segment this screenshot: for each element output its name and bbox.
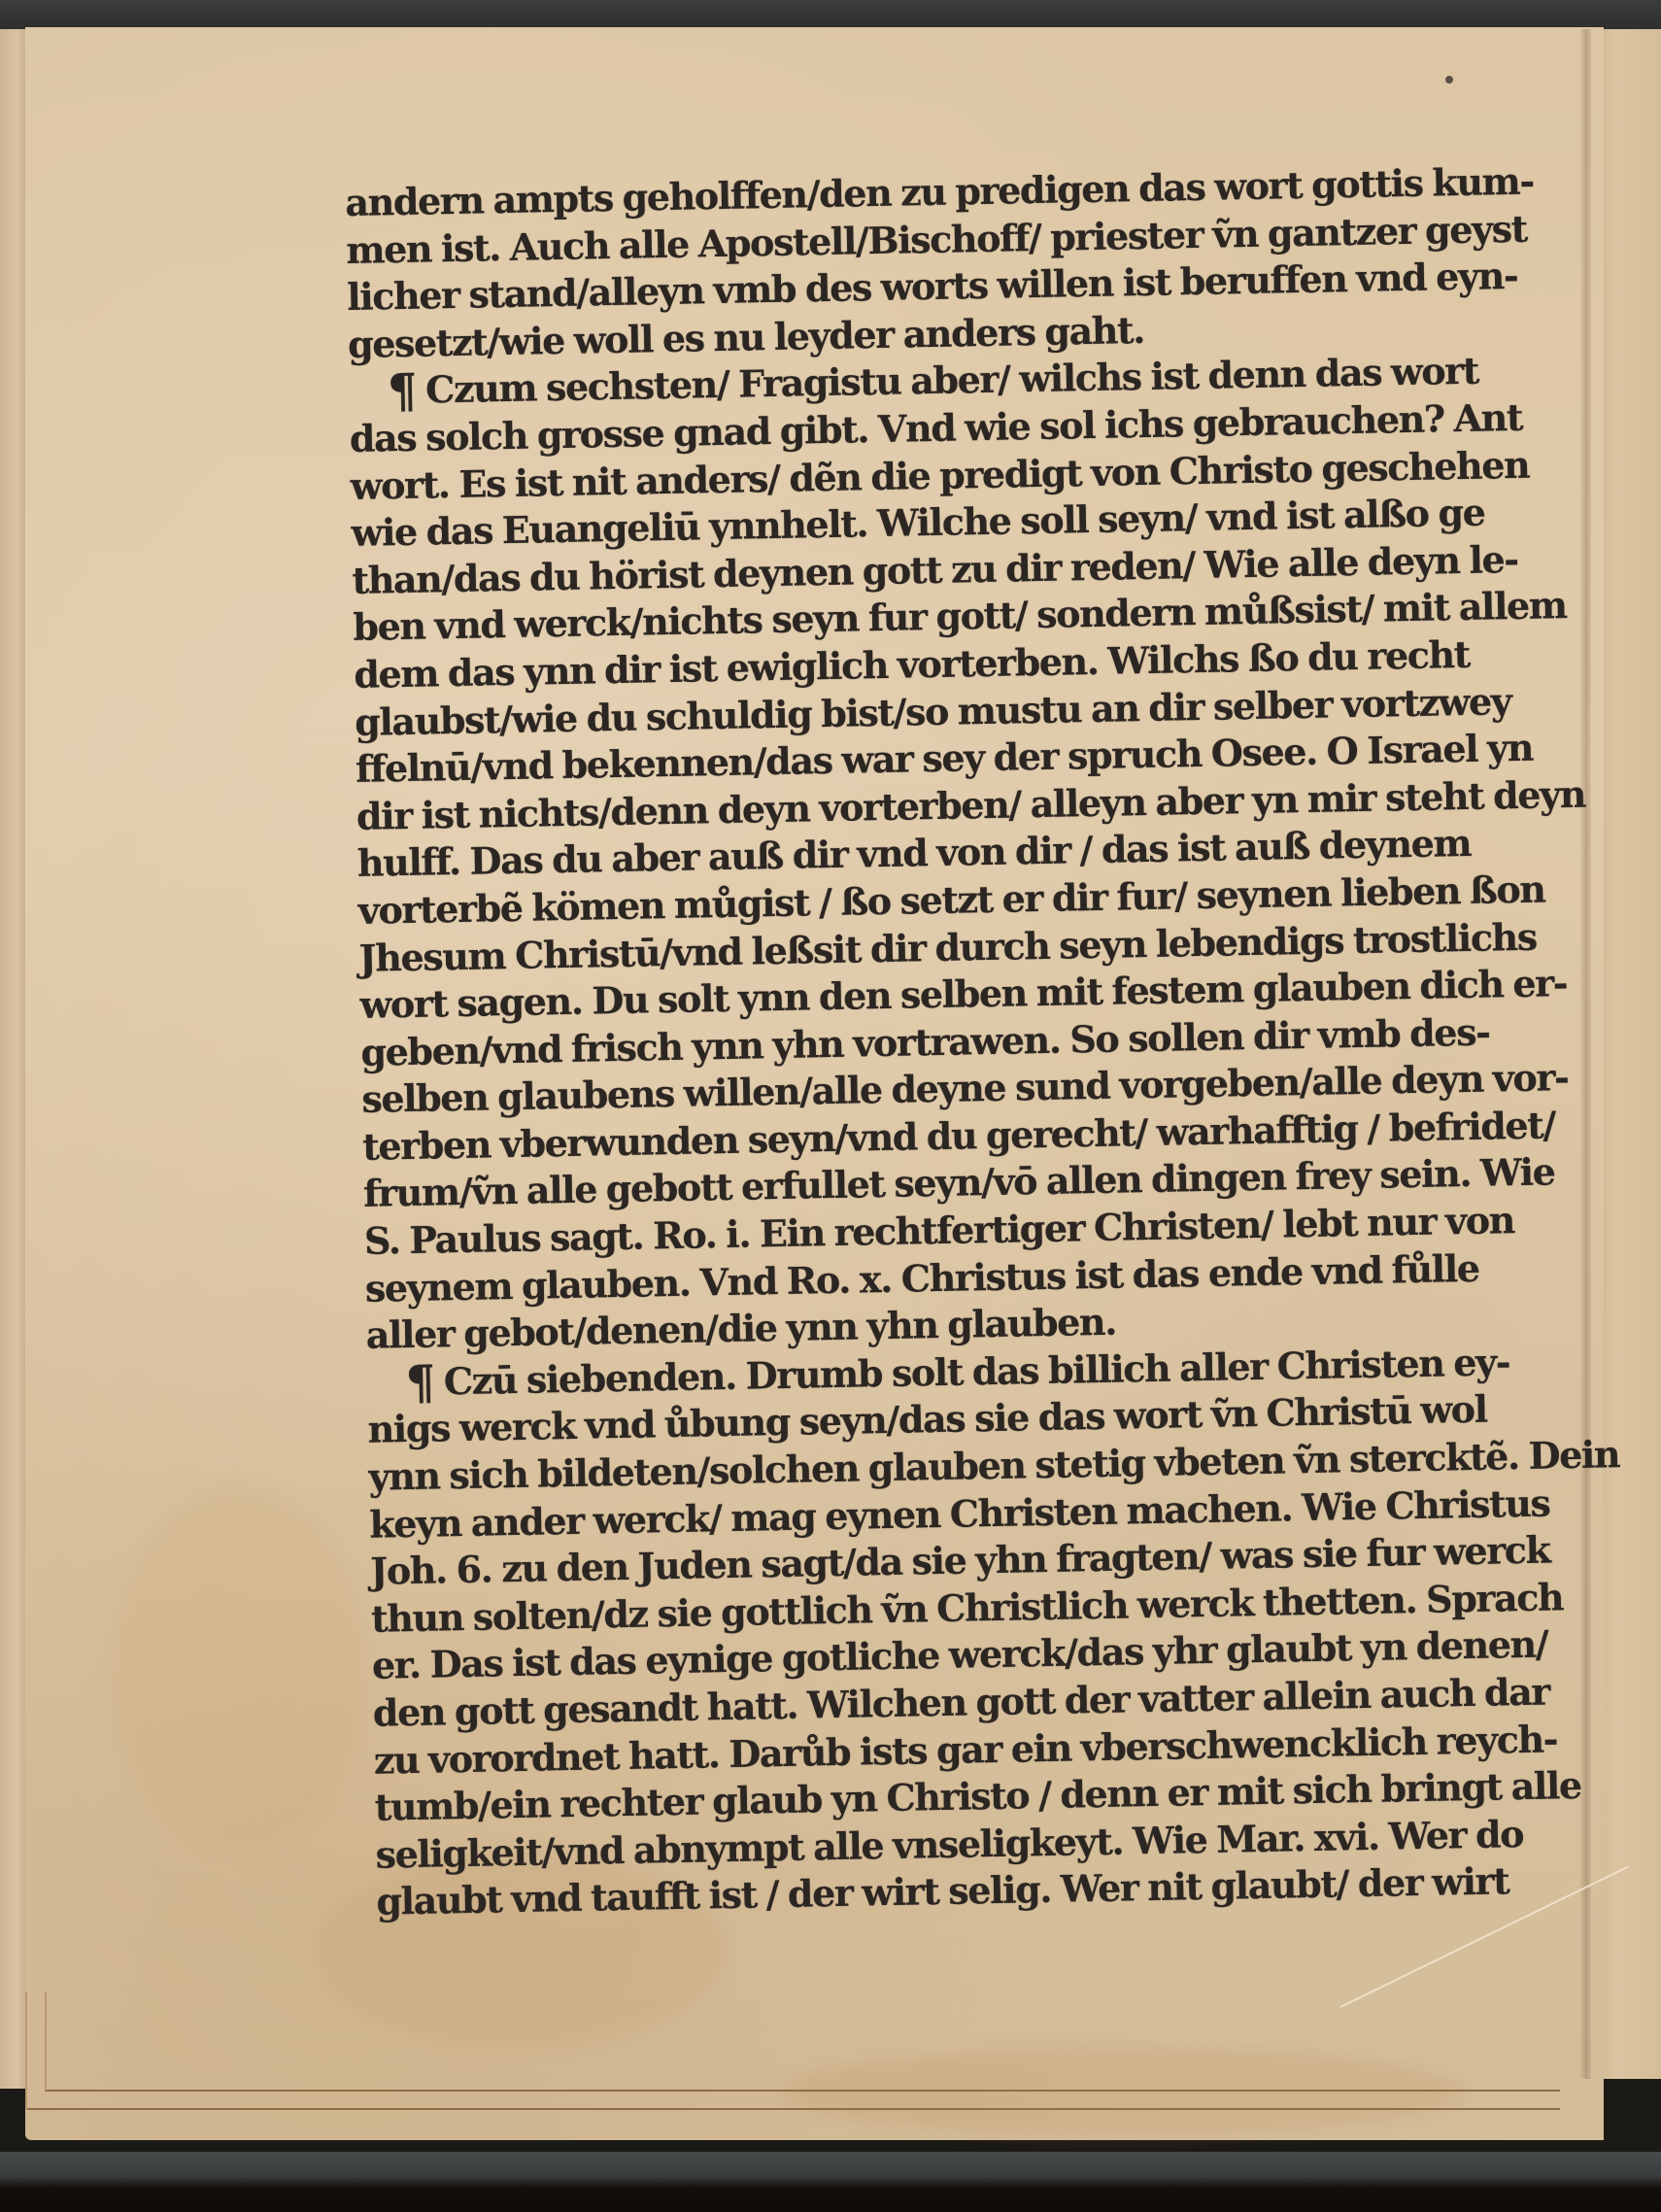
book-cover-top (0, 0, 1661, 29)
page-edge-line (45, 1991, 47, 2091)
water-stain (783, 2048, 1463, 2135)
paragraph-mark-icon: ¶ (405, 1359, 434, 1407)
left-page-stack (0, 29, 28, 2089)
paragraph-mark-icon: ¶ (388, 368, 417, 416)
page-edge-line (45, 2090, 1560, 2092)
top-mark (1445, 76, 1453, 84)
body-text: andern ampts geholffen/den zu predigen d… (345, 157, 1572, 1925)
book-cover-bottom (0, 2152, 1661, 2212)
gutter-shadow (1579, 29, 1591, 2079)
page-edge-line (25, 2108, 1560, 2110)
page-edge-line (25, 1991, 27, 2110)
water-stain (113, 1484, 365, 1854)
